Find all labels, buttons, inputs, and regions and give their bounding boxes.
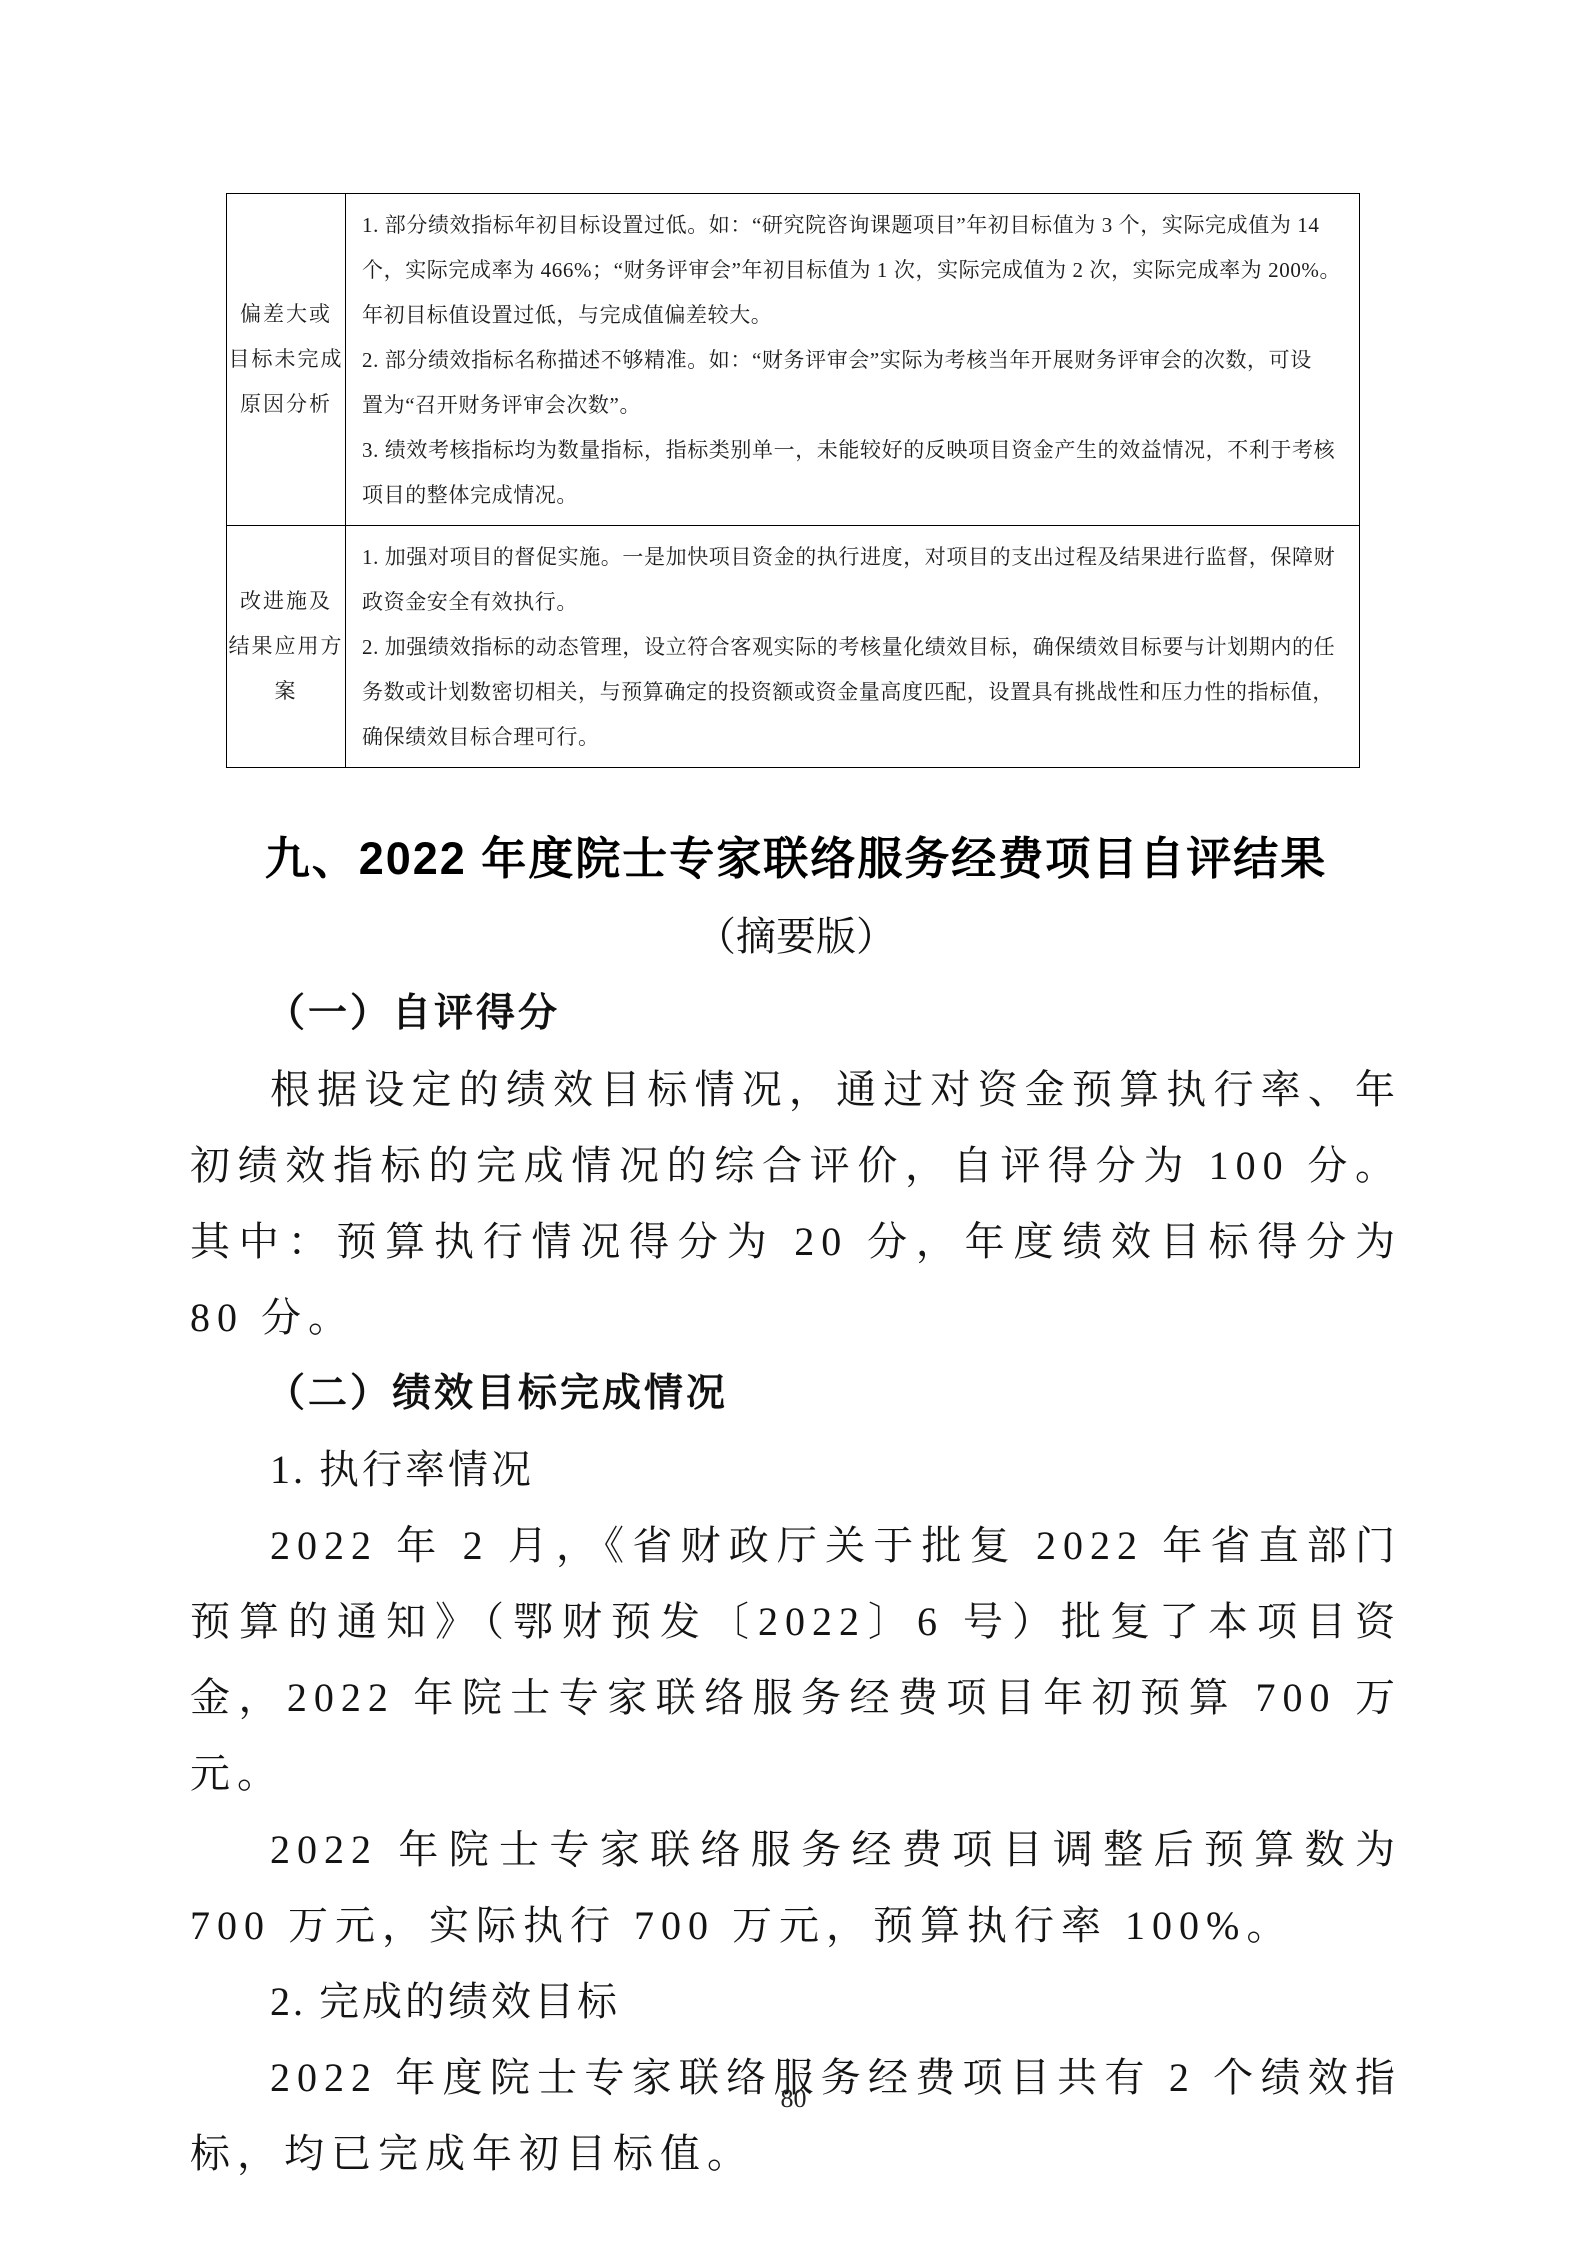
table-text-line: 政资金安全有效执行。 [362,580,1347,625]
section-2-heading: （二）绩效目标完成情况 [266,1356,1402,1432]
row-header-line: 结果应用方 [227,624,345,669]
row-header-line: 目标未完成 [227,337,345,382]
table-text-line: 年初目标值设置过低，与完成值偏差较大。 [362,293,1347,338]
row-header-line: 案 [227,669,345,714]
table-text-line: 项目的整体完成情况。 [362,473,1347,518]
table-text-line: 1. 加强对项目的督促实施。一是加快项目资金的执行进度，对项目的支出过程及结果进… [362,535,1347,580]
table-text-line: 务数或计划数密切相关，与预算确定的投资额或资金量高度匹配，设置具有挑战性和压力性… [362,670,1347,715]
table-text-line: 3. 绩效考核指标均为数量指标，指标类别单一，未能较好的反映项目资金产生的效益情… [362,428,1347,473]
table-text-line: 1. 部分绩效指标年初目标设置过低。如：“研究院咨询课题项目”年初目标值为 3 … [362,203,1347,248]
page-number: 80 [0,2084,1587,2114]
paragraph-indicators-completed: 2022 年度院士专家联络服务经费项目共有 2 个绩效指标，均已完成年初目标值。 [190,2040,1402,2192]
paragraph-execution-rate: 2022 年院士专家联络服务经费项目调整后预算数为 700 万元，实际执行 70… [190,1812,1402,1964]
table-row-improvement-plan: 改进施及 结果应用方 案 1. 加强对项目的督促实施。一是加快项目资金的执行进度… [227,526,1360,768]
row-header-line: 偏差大或 [227,292,345,337]
row-header-deviation: 偏差大或 目标未完成 原因分析 [227,194,346,526]
row-content-deviation: 1. 部分绩效指标年初目标设置过低。如：“研究院咨询课题项目”年初目标值为 3 … [346,194,1360,526]
section-1-heading: （一）自评得分 [266,976,1402,1052]
row-content-improvement: 1. 加强对项目的督促实施。一是加快项目资金的执行进度，对项目的支出过程及结果进… [346,526,1360,768]
table-text-line: 2. 加强绩效指标的动态管理，设立符合客观实际的考核量化绩效目标，确保绩效目标要… [362,625,1347,670]
paragraph-self-score: 根据设定的绩效目标情况，通过对资金预算执行率、年初绩效指标的完成情况的综合评价，… [190,1052,1402,1356]
subsection-1-heading: 1. 执行率情况 [270,1432,1402,1508]
page-subtitle: （摘要版） [190,898,1402,976]
subsection-2-heading: 2. 完成的绩效目标 [270,1964,1402,2040]
table-text-line: 个，实际完成率为 466%；“财务评审会”年初目标值为 1 次，实际完成值为 2… [362,248,1347,293]
table-text-line: 2. 部分绩效指标名称描述不够精准。如：“财务评审会”实际为考核当年开展财务评审… [362,338,1347,383]
row-header-line: 改进施及 [227,579,345,624]
row-header-line: 原因分析 [227,382,345,427]
page-title: 九、2022 年度院士专家联络服务经费项目自评结果 [190,820,1402,898]
table-row-deviation-analysis: 偏差大或 目标未完成 原因分析 1. 部分绩效指标年初目标设置过低。如：“研究院… [227,194,1360,526]
table-text-line: 确保绩效目标合理可行。 [362,715,1347,760]
paragraph-budget-approval: 2022 年 2 月，《省财政厅关于批复 2022 年省直部门预算的通知》（鄂财… [190,1508,1402,1812]
table-text-line: 置为“召开财务评审会次数”。 [362,383,1347,428]
document-body: 九、2022 年度院士专家联络服务经费项目自评结果 （摘要版） （一）自评得分 … [190,820,1402,2192]
evaluation-table: 偏差大或 目标未完成 原因分析 1. 部分绩效指标年初目标设置过低。如：“研究院… [226,193,1360,768]
row-header-improvement: 改进施及 结果应用方 案 [227,526,346,768]
